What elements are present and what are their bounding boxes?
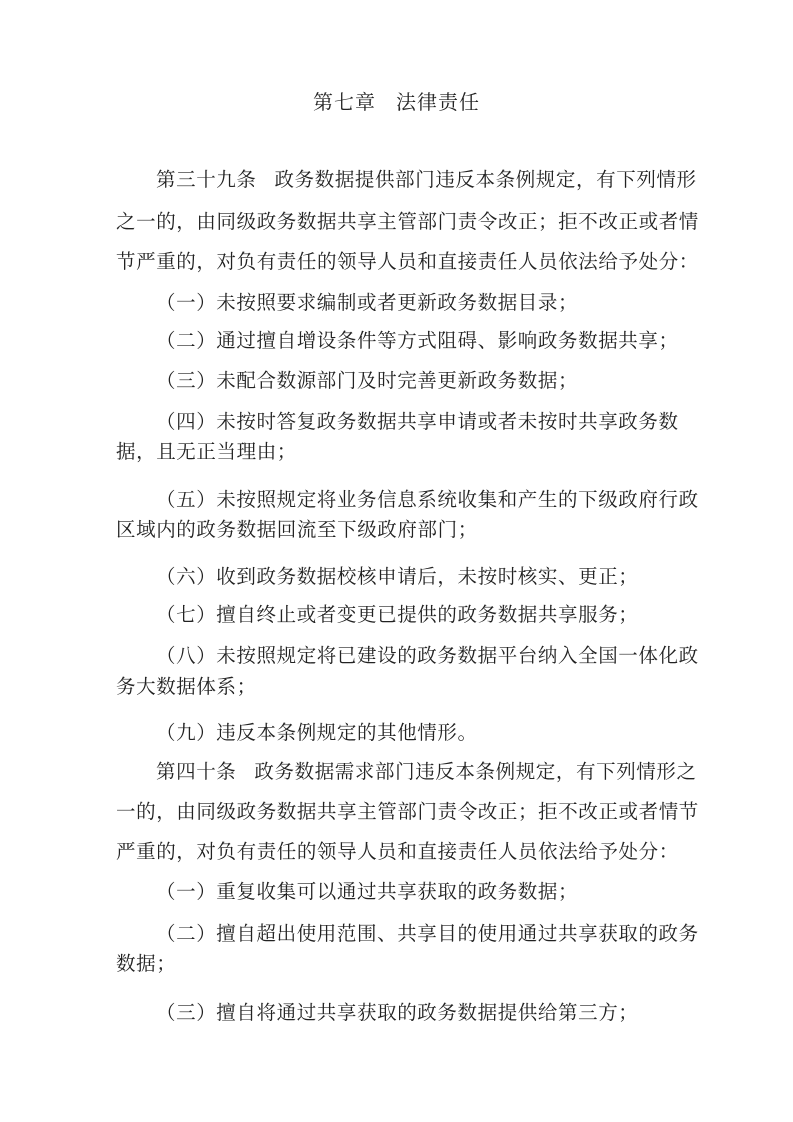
article-39-item-3: （三）未配合数源部门及时完善更新政务数据；: [156, 365, 578, 393]
article-40-item-2-line-1: （二）擅自超出使用范围、共享目的使用通过共享获取的政务: [156, 918, 699, 946]
article-39-item-4-line-2: 据，且无正当理由；: [116, 436, 297, 464]
article-40-line-2: 一的，由同级政务数据共享主管部门责令改正；拒不改正或者情节: [116, 796, 699, 824]
chapter-number: 第七章: [313, 90, 376, 114]
article-40-line-1: 第四十条政务数据需求部门违反本条例规定，有下列情形之: [156, 756, 697, 784]
article-39-item-5-line-1: （五）未按照规定将业务信息系统收集和产生的下级政府行政: [156, 484, 699, 512]
document-page: 第七章法律责任 第三十九条政务数据提供部门违反本条例规定，有下列情形 之一的，由…: [0, 0, 793, 1122]
article-39-line-1: 第三十九条政务数据提供部门违反本条例规定，有下列情形: [156, 164, 697, 192]
article-40-item-1: （一）重复收集可以通过共享获取的政务数据；: [156, 876, 578, 904]
article-39-item-8-line-1: （八）未按照规定将已建设的政务数据平台纳入全国一体化政: [156, 640, 699, 668]
article-39-item-2: （二）通过擅自增设条件等方式阻碍、影响政务数据共享；: [156, 325, 679, 353]
article-40-number: 第四十条: [156, 760, 236, 783]
article-39-item-6: （六）收到政务数据校核申请后，未按时核实、更正；: [156, 561, 638, 589]
article-40-line-3: 严重的，对负有责任的领导人员和直接责任人员依法给予处分：: [116, 836, 679, 864]
chapter-heading: 第七章法律责任: [0, 86, 793, 115]
article-39-item-7: （七）擅自终止或者变更已提供的政务数据共享服务；: [156, 599, 638, 627]
article-40-item-2-line-2: 数据；: [116, 948, 176, 976]
article-39-item-8-line-2: 务大数据体系；: [116, 671, 257, 699]
article-39-item-9: （九）违反本条例规定的其他情形。: [156, 717, 478, 745]
article-40-item-3: （三）擅自将通过共享获取的政务数据提供给第三方；: [156, 997, 638, 1025]
article-39-item-5-line-2: 区域内的政务数据回流至下级政府部门；: [116, 514, 478, 542]
article-39-line-3: 节严重的，对负有责任的领导人员和直接责任人员依法给予处分：: [116, 246, 699, 274]
article-39-item-1: （一）未按照要求编制或者更新政务数据目录；: [156, 287, 578, 315]
article-39-line-2: 之一的，由同级政务数据共享主管部门责令改正；拒不改正或者情: [116, 206, 699, 234]
chapter-title: 法律责任: [396, 90, 480, 114]
article-39-item-4-line-1: （四）未按时答复政务数据共享申请或者未按时共享政务数: [156, 406, 679, 434]
article-39-number: 第三十九条: [156, 168, 257, 191]
